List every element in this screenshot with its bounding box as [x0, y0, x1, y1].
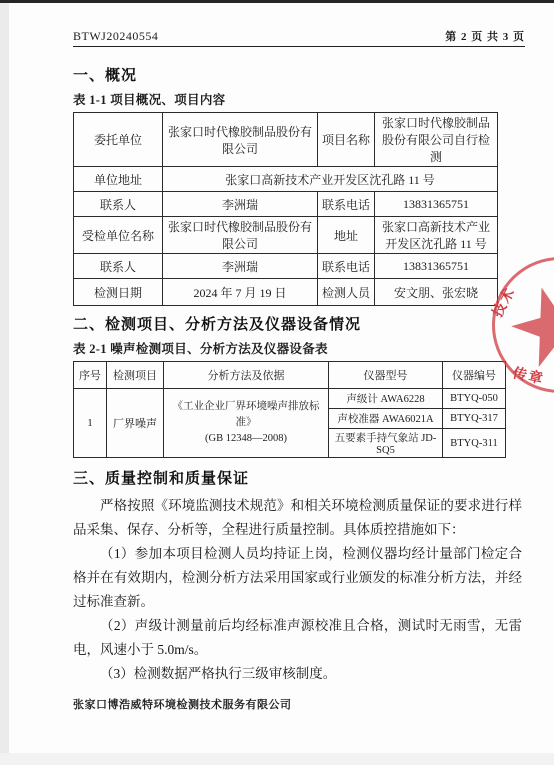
section3-title: 三、质量控制和质量保证 — [73, 467, 525, 488]
table-row: 1 厂界噪声 《工业企业厂界环境噪声排放标准》 (GB 12348—2008) … — [74, 389, 506, 409]
t1-r6-label1: 检测日期 — [74, 279, 163, 306]
scan-edge-left — [0, 3, 9, 765]
t1-r4-value2: 张家口高新技术产业开发区沈孔路 11 号 — [375, 217, 498, 254]
page-indicator: 第 2 页 共 3 页 — [445, 28, 525, 44]
t2-h-model: 仪器型号 — [329, 362, 443, 389]
t1-r1-label1: 委托单位 — [74, 113, 163, 167]
scan-edge-bottom — [0, 753, 554, 765]
t1-r1-value1: 张家口时代橡胶制品股份有限公司 — [163, 113, 318, 167]
t2-row-method: 《工业企业厂界环境噪声排放标准》 (GB 12348—2008) — [164, 389, 329, 458]
table-row: 联系人 李洲瑞 联系电话 13831365751 — [74, 192, 498, 217]
t1-r3-value1: 李洲瑞 — [163, 192, 318, 217]
document-page: BTWJ20240554 第 2 页 共 3 页 一、概况 表 1-1 项目概况… — [0, 0, 554, 765]
project-overview-table: 委托单位 张家口时代橡胶制品股份有限公司 项目名称 张家口时代橡胶制品股份有限公… — [73, 112, 498, 306]
table1-caption: 表 1-1 项目概况、项目内容 — [73, 90, 525, 108]
instrument-code: BTYQ-311 — [443, 429, 506, 458]
table-header-row: 序号 检测项目 分析方法及依据 仪器型号 仪器编号 — [74, 362, 506, 389]
t1-r1-value2: 张家口时代橡胶制品股份有限公司自行检测 — [375, 113, 498, 167]
table-row: 联系人 李洲瑞 联系电话 13831365751 — [74, 254, 498, 279]
instrument-code: BTYQ-050 — [443, 389, 506, 409]
method-standard-name: 《工业企业厂界环境噪声排放标准》 — [167, 399, 325, 431]
instrument-model: 五要素手持气象站 JD-SQ5 — [329, 429, 443, 458]
method-standard-code: (GB 12348—2008) — [167, 431, 325, 447]
t2-h-no: 序号 — [74, 362, 107, 389]
t2-row-item: 厂界噪声 — [107, 389, 164, 458]
t1-r6-value1: 2024 年 7 月 19 日 — [163, 279, 318, 306]
instrument-model: 声级计 AWA6228 — [329, 389, 443, 409]
qc-paragraph-1: （1）参加本项目检测人员均持证上岗，检测仪器均经计量部门检定合格并在有效期内，检… — [73, 542, 522, 614]
quality-control-paragraphs: 严格按照《环境监测技术规范》和相关环境检测质量保证的要求进行样品采集、保存、分析… — [73, 494, 522, 686]
document-number: BTWJ20240554 — [73, 29, 158, 44]
t1-r5-label1: 联系人 — [74, 254, 163, 279]
table-row: 检测日期 2024 年 7 月 19 日 检测人员 安文朋、张宏晓 — [74, 279, 498, 306]
table-row: 委托单位 张家口时代橡胶制品股份有限公司 项目名称 张家口时代橡胶制品股份有限公… — [74, 113, 498, 167]
qc-paragraph-intro: 严格按照《环境监测技术规范》和相关环境检测质量保证的要求进行样品采集、保存、分析… — [73, 494, 522, 542]
section2-title: 二、检测项目、分析方法及仪器设备情况 — [73, 313, 525, 334]
instrument-code: BTYQ-317 — [443, 409, 506, 429]
company-footer: 张家口博浩威特环境检测技术服务有限公司 — [73, 696, 292, 712]
t1-r5-value1: 李洲瑞 — [163, 254, 318, 279]
table-row: 单位地址 张家口高新技术产业开发区沈孔路 11 号 — [74, 167, 498, 192]
scan-edge-top — [0, 0, 554, 3]
t1-r6-value2: 安文朋、张宏晓 — [375, 279, 498, 306]
t1-r3-value2: 13831365751 — [375, 192, 498, 217]
t1-r4-label2: 地址 — [318, 217, 375, 254]
table2-caption: 表 2-1 噪声检测项目、分析方法及仪器设备表 — [73, 339, 525, 357]
t1-r4-value1: 张家口时代橡胶制品股份有限公司 — [163, 217, 318, 254]
t1-r2-label1: 单位地址 — [74, 167, 163, 192]
t1-r5-value2: 13831365751 — [375, 254, 498, 279]
t1-r6-label2: 检测人员 — [318, 279, 375, 306]
page-content: BTWJ20240554 第 2 页 共 3 页 一、概况 表 1-1 项目概况… — [73, 28, 525, 686]
t1-r2-value1: 张家口高新技术产业开发区沈孔路 11 号 — [163, 167, 498, 192]
t2-h-method: 分析方法及依据 — [164, 362, 329, 389]
t2-row-no: 1 — [74, 389, 107, 458]
t2-h-item: 检测项目 — [107, 362, 164, 389]
t1-r3-label2: 联系电话 — [318, 192, 375, 217]
noise-method-instrument-table: 序号 检测项目 分析方法及依据 仪器型号 仪器编号 1 厂界噪声 《工业企业厂界… — [73, 361, 506, 458]
section1-title: 一、概况 — [73, 64, 525, 85]
instrument-model: 声校准器 AWA6021A — [329, 409, 443, 429]
t1-r4-label1: 受检单位名称 — [74, 217, 163, 254]
page-header: BTWJ20240554 第 2 页 共 3 页 — [73, 28, 525, 47]
qc-paragraph-2: （2）声级计测量前后均经标准声源校准且合格，测试时无雨雪，无雷电，风速小于 5.… — [73, 614, 522, 662]
t1-r3-label1: 联系人 — [74, 192, 163, 217]
t1-r5-label2: 联系电话 — [318, 254, 375, 279]
qc-paragraph-3: （3）检测数据严格执行三级审核制度。 — [73, 662, 522, 686]
table-row: 受检单位名称 张家口时代橡胶制品股份有限公司 地址 张家口高新技术产业开发区沈孔… — [74, 217, 498, 254]
t1-r1-label2: 项目名称 — [318, 113, 375, 167]
t2-h-code: 仪器编号 — [443, 362, 506, 389]
